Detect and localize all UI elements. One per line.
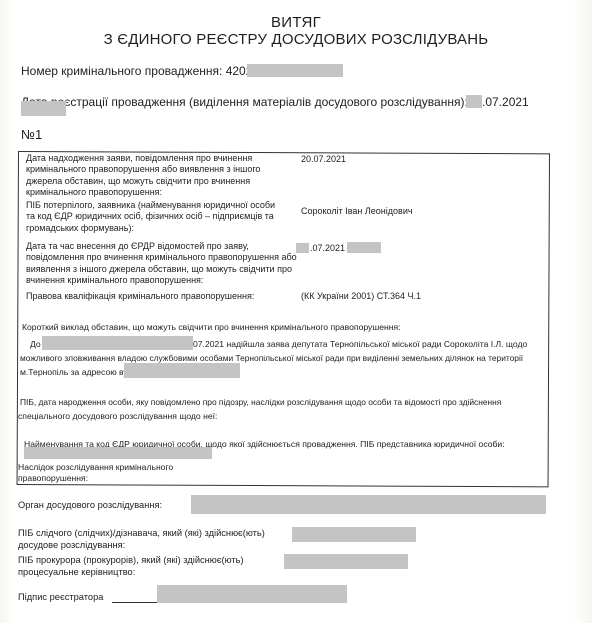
- victim-label: ПІБ потерпілого, заявника (найменування …: [26, 200, 286, 234]
- summary-label: Короткий виклад обставин, що можуть свід…: [22, 322, 401, 333]
- document-subtitle: З ЄДИНОГО РЕЄСТРУ ДОСУДОВИХ РОЗСЛІДУВАНЬ: [0, 31, 592, 48]
- redacted-street-address: [124, 363, 240, 378]
- case-number-label: Номер кримінального провадження:: [21, 64, 222, 78]
- redacted-investigation-body: [191, 495, 546, 514]
- case-number-row: Номер кримінального провадження: 4202121…: [21, 64, 279, 78]
- redacted-entry-time: [347, 242, 381, 253]
- scanned-document-page: ВИТЯГ З ЄДИНОГО РЕЄСТРУ ДОСУДОВИХ РОЗСЛІ…: [0, 0, 592, 623]
- entry-datetime-value: .07.2021: [310, 243, 345, 253]
- victim-value: Сороколіт Іван Леонідович: [301, 206, 413, 216]
- suspect-label-line2: спеціального досудового розслідування що…: [18, 411, 217, 422]
- investigation-body-label: Орган досудового розслідування:: [18, 500, 162, 512]
- investigator-label-line1: ПІБ слідчого (слідчих)/дізнавача, який (…: [18, 528, 265, 540]
- registration-date-value: .07.2021: [482, 95, 529, 109]
- application-date-label: Дата надходження заяви, повідомлення про…: [26, 153, 276, 199]
- redacted-legal-entity: [24, 447, 212, 459]
- outcome-label: Наслідок розслідування кримінального пра…: [18, 462, 173, 484]
- legal-qualification-value: (КК України 2001) СТ.364 Ч.1: [301, 291, 421, 301]
- investigator-label: ПІБ слідчого (слідчих)/дізнавача, який (…: [18, 528, 265, 551]
- summary-line3: м.Тернопіль за адресою вул.: [20, 367, 135, 378]
- redacted-case-number-suffix: [247, 64, 343, 77]
- redacted-registrar-signature: [157, 585, 347, 603]
- prosecutor-label-line2: процесуальне керівництво:: [18, 567, 244, 579]
- summary-line2: можливого зловживання владою службовими …: [20, 353, 523, 364]
- redacted-investigator-name: [292, 527, 416, 542]
- redacted-prosecutor-name: [284, 554, 408, 569]
- redacted-registration-day: [466, 95, 482, 108]
- prosecutor-label-line1: ПІБ прокурора (прокурорів), який (які) з…: [18, 555, 244, 567]
- legal-qualification-label: Правова кваліфікація кримінального право…: [26, 291, 296, 302]
- investigator-label-line2: досудове розслідування:: [18, 540, 265, 552]
- document-title: ВИТЯГ: [0, 14, 592, 31]
- entry-number: №1: [21, 127, 42, 142]
- application-date-value: 20.07.2021: [301, 154, 346, 164]
- outcome-label-line2: правопорушення:: [18, 473, 173, 484]
- outcome-label-line1: Наслідок розслідування кримінального: [18, 462, 173, 473]
- redacted-summary-date: [42, 336, 193, 350]
- entry-datetime-label: Дата та час внесення до ЄРДР відомостей …: [26, 241, 298, 287]
- summary-line1-start: До: [30, 339, 41, 350]
- suspect-label-line1: ПІБ, дата народження особи, яку повідомл…: [20, 397, 501, 408]
- redacted-registration-time: [21, 101, 66, 116]
- summary-line1-rest: 07.2021 надійшла заява депутата Тернопіл…: [193, 339, 527, 350]
- registrar-signature-label: Підпис реєстратора: [18, 592, 103, 604]
- registration-date-label: Дата реєстрації провадження (виділення м…: [21, 95, 468, 109]
- prosecutor-label: ПІБ прокурора (прокурорів), який (які) з…: [18, 555, 244, 578]
- redacted-entry-day: [296, 243, 309, 253]
